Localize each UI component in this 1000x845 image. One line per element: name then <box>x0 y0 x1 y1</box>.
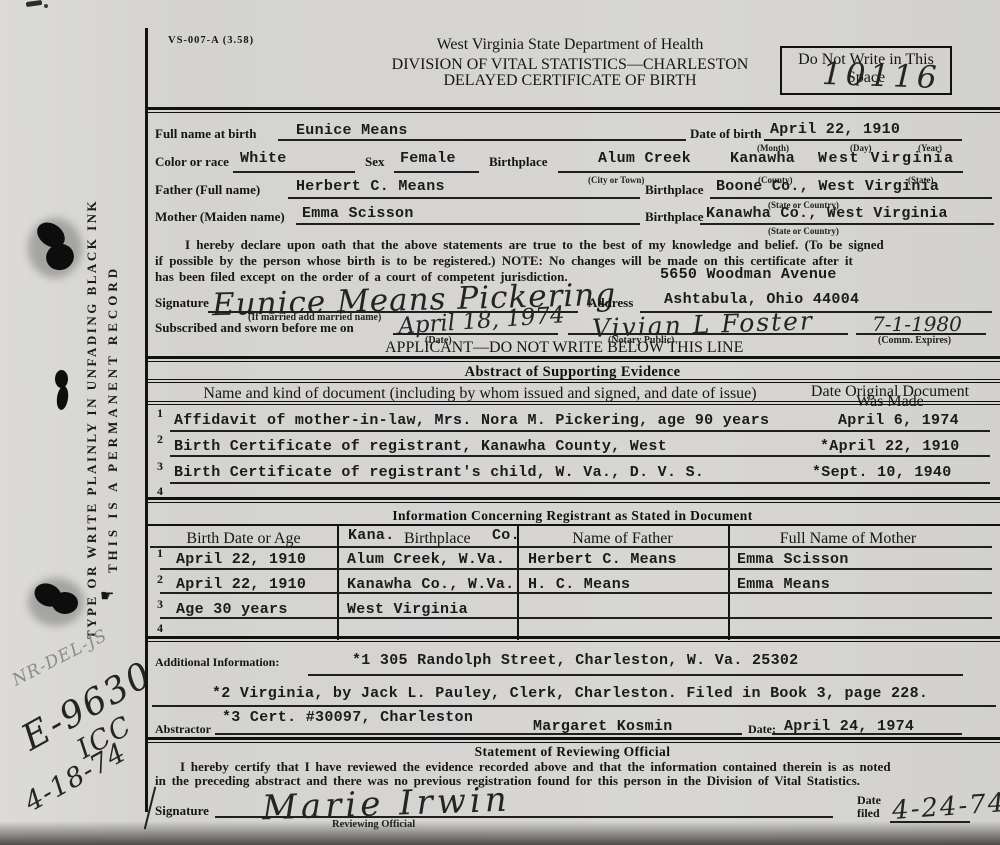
ink-blot-bottom-2 <box>52 592 78 614</box>
abstract-end-rule-thin <box>145 502 1000 503</box>
abstract-date-line <box>772 733 962 735</box>
address-label: Address <box>588 295 633 311</box>
abstract-row-text: Affidavit of mother-in-law, Mrs. Nora M.… <box>174 412 769 429</box>
abstract-date-label: Date: <box>748 722 776 737</box>
abstract-header-rule-1 <box>145 401 1000 402</box>
sworn-date-line <box>393 333 558 335</box>
dept-title: West Virginia State Department of Health <box>310 36 830 54</box>
sex-value: Female <box>400 150 456 167</box>
info-row-mother: Emma Means <box>737 576 830 593</box>
abstract-row-line <box>170 482 990 484</box>
sex-label: Sex <box>365 154 385 170</box>
info-row-place: West Virginia <box>347 601 468 618</box>
info-row-line <box>160 617 992 619</box>
info-row-birth: April 22, 1910 <box>176 576 306 593</box>
abstractor-label: Abstractor <box>155 722 211 737</box>
review-signature-line <box>215 816 833 818</box>
info-table-vline-2 <box>517 525 519 640</box>
signature-label: Signature <box>155 295 209 311</box>
mother-birthplace-value: Kanawha Co., West Virginia <box>706 205 948 222</box>
pointing-hand-icon: ☛ <box>100 586 114 606</box>
abstract-row-line <box>170 430 990 432</box>
margin-ornament-2 <box>55 385 69 410</box>
additional-line-1-rule <box>308 674 963 676</box>
father-birthplace-value: Boone Co., West Virginia <box>716 178 939 195</box>
info-row-father: H. C. Means <box>528 576 630 593</box>
info-row-place: Kanawha Co., W.Va. <box>347 576 514 593</box>
mother-value: Emma Scisson <box>302 205 414 222</box>
info-table-title: Information Concerning Registrant as Sta… <box>150 508 995 524</box>
info-header-line <box>150 546 992 548</box>
applicant-warning: APPLICANT—DO NOT WRITE BELOW THIS LINE <box>385 339 743 357</box>
info-col-place-typed-right: Co. <box>492 527 520 544</box>
info-table-end-rule-thin <box>145 641 1000 642</box>
additional-info-line-3: *3 Cert. #30097, Charleston <box>222 709 473 726</box>
header-rule-thick <box>145 107 1000 110</box>
info-table-end-rule-thick <box>145 636 1000 639</box>
info-row-num: 1 <box>157 546 163 561</box>
race-line <box>233 171 355 173</box>
info-row-num: 2 <box>157 572 163 587</box>
abstract-row-date: April 6, 1974 <box>838 412 959 429</box>
abstract-header-rule-2 <box>145 404 1000 405</box>
dob-line <box>764 139 962 141</box>
abstractor-line <box>215 733 742 735</box>
race-value: White <box>240 150 287 167</box>
abstract-row-line <box>170 455 990 457</box>
abstract-col-date-header-2: Was Made <box>800 393 980 411</box>
scanned-birth-certificate: TYPE OR WRITE PLAINLY IN UNFADING BLACK … <box>0 0 1000 845</box>
scan-bottom-shadow <box>0 821 1000 845</box>
abstract-title-rule-1 <box>145 379 1000 380</box>
sex-line <box>394 171 479 173</box>
abstract-row-date: *April 22, 1910 <box>820 438 960 455</box>
sworn-label: Subscribed and sworn before me on <box>155 320 354 336</box>
full-name-label: Full name at birth <box>155 126 256 142</box>
form-left-border <box>145 28 148 812</box>
info-col-place-typed-left: Kana. <box>348 527 395 544</box>
info-table-title-rule <box>145 524 1000 526</box>
margin-instruction-outer: TYPE OR WRITE PLAINLY IN UNFADING BLACK … <box>84 198 100 640</box>
info-row-num: 3 <box>157 597 163 612</box>
father-value: Herbert C. Means <box>296 178 445 195</box>
abstract-end-rule-thick <box>145 497 1000 500</box>
address-street-value: 5650 Woodman Avenue <box>660 266 837 283</box>
birthplace-city-value: Alum Creek <box>598 150 691 167</box>
birthplace-label: Birthplace <box>489 154 548 170</box>
mother-birthplace-line <box>700 223 994 225</box>
info-table-vline-3 <box>728 525 730 640</box>
info-row-num: 4 <box>157 621 163 636</box>
declaration-line-1: I hereby declare upon oath that the abov… <box>185 237 884 253</box>
abstract-row-text: Birth Certificate of registrant, Kanawha… <box>174 438 667 455</box>
father-birthplace-label: Birthplace <box>645 182 704 198</box>
mother-label: Mother (Maiden name) <box>155 209 285 225</box>
info-row-place: Alum Creek, W.Va. <box>347 551 505 568</box>
dob-value: April 22, 1910 <box>770 121 900 138</box>
review-signature-label: Signature <box>155 803 209 819</box>
margin-instruction-inner: THIS IS A PERMANENT RECORD <box>105 228 121 610</box>
form-code: VS-007-A (3.58) <box>168 35 254 46</box>
applicant-rule-thick <box>145 356 1000 359</box>
birthplace-line <box>558 171 963 173</box>
abstract-row-num: 2 <box>157 432 163 447</box>
additional-info-line-2: *2 Virginia, by Jack L. Pauley, Clerk, C… <box>212 685 928 702</box>
abstract-row-date: *Sept. 10, 1940 <box>812 464 952 481</box>
father-line <box>288 197 640 199</box>
additional-info-line-1: *1 305 Randolph Street, Charleston, W. V… <box>352 652 798 669</box>
info-row-mother: Emma Scisson <box>737 551 849 568</box>
dob-label: Date of birth <box>690 126 762 142</box>
birthplace-state-value: West Virginia <box>818 150 955 167</box>
abstract-row-num: 3 <box>157 459 163 474</box>
info-row-line <box>160 592 992 594</box>
father-label: Father (Full name) <box>155 182 260 198</box>
race-label: Color or race <box>155 154 229 170</box>
review-title: Statement of Reviewing Official <box>150 744 995 760</box>
abstract-row-num: 1 <box>157 406 163 421</box>
date-filed-label-2: filed <box>857 806 880 821</box>
review-rule-thin <box>145 742 1000 743</box>
additional-info-label: Additional Information: <box>155 655 279 670</box>
scan-corner-mark <box>26 0 43 7</box>
full-name-line <box>278 139 686 141</box>
birthplace-county-value: Kanawha <box>730 150 795 167</box>
review-rule-thick <box>145 737 1000 740</box>
certificate-number: 10116 <box>821 56 941 96</box>
sworn-sub-expires: (Comm. Expires) <box>878 335 951 346</box>
applicant-rule-thin <box>145 361 1000 362</box>
full-name-value: Eunice Means <box>296 122 408 139</box>
scan-corner-dot <box>44 4 48 8</box>
page-title: DELAYED CERTIFICATE OF BIRTH <box>310 72 830 90</box>
address-city-value: Ashtabula, Ohio 44004 <box>664 291 859 308</box>
header-rule-thin <box>145 112 1000 113</box>
additional-line-2-rule <box>152 705 996 707</box>
birthplace-sub-city: (City or Town) <box>588 175 644 185</box>
info-row-father: Herbert C. Means <box>528 551 677 568</box>
mother-birthplace-label: Birthplace <box>645 209 704 225</box>
father-birthplace-line <box>710 197 992 199</box>
info-table-vline-1 <box>337 525 339 640</box>
mother-line <box>296 223 640 225</box>
info-row-birth: April 22, 1910 <box>176 551 306 568</box>
mother-sub-state-country: (State or Country) <box>768 226 839 236</box>
info-row-birth: Age 30 years <box>176 601 288 618</box>
info-row-line <box>160 568 992 570</box>
abstract-row-text: Birth Certificate of registrant's child,… <box>174 464 704 481</box>
